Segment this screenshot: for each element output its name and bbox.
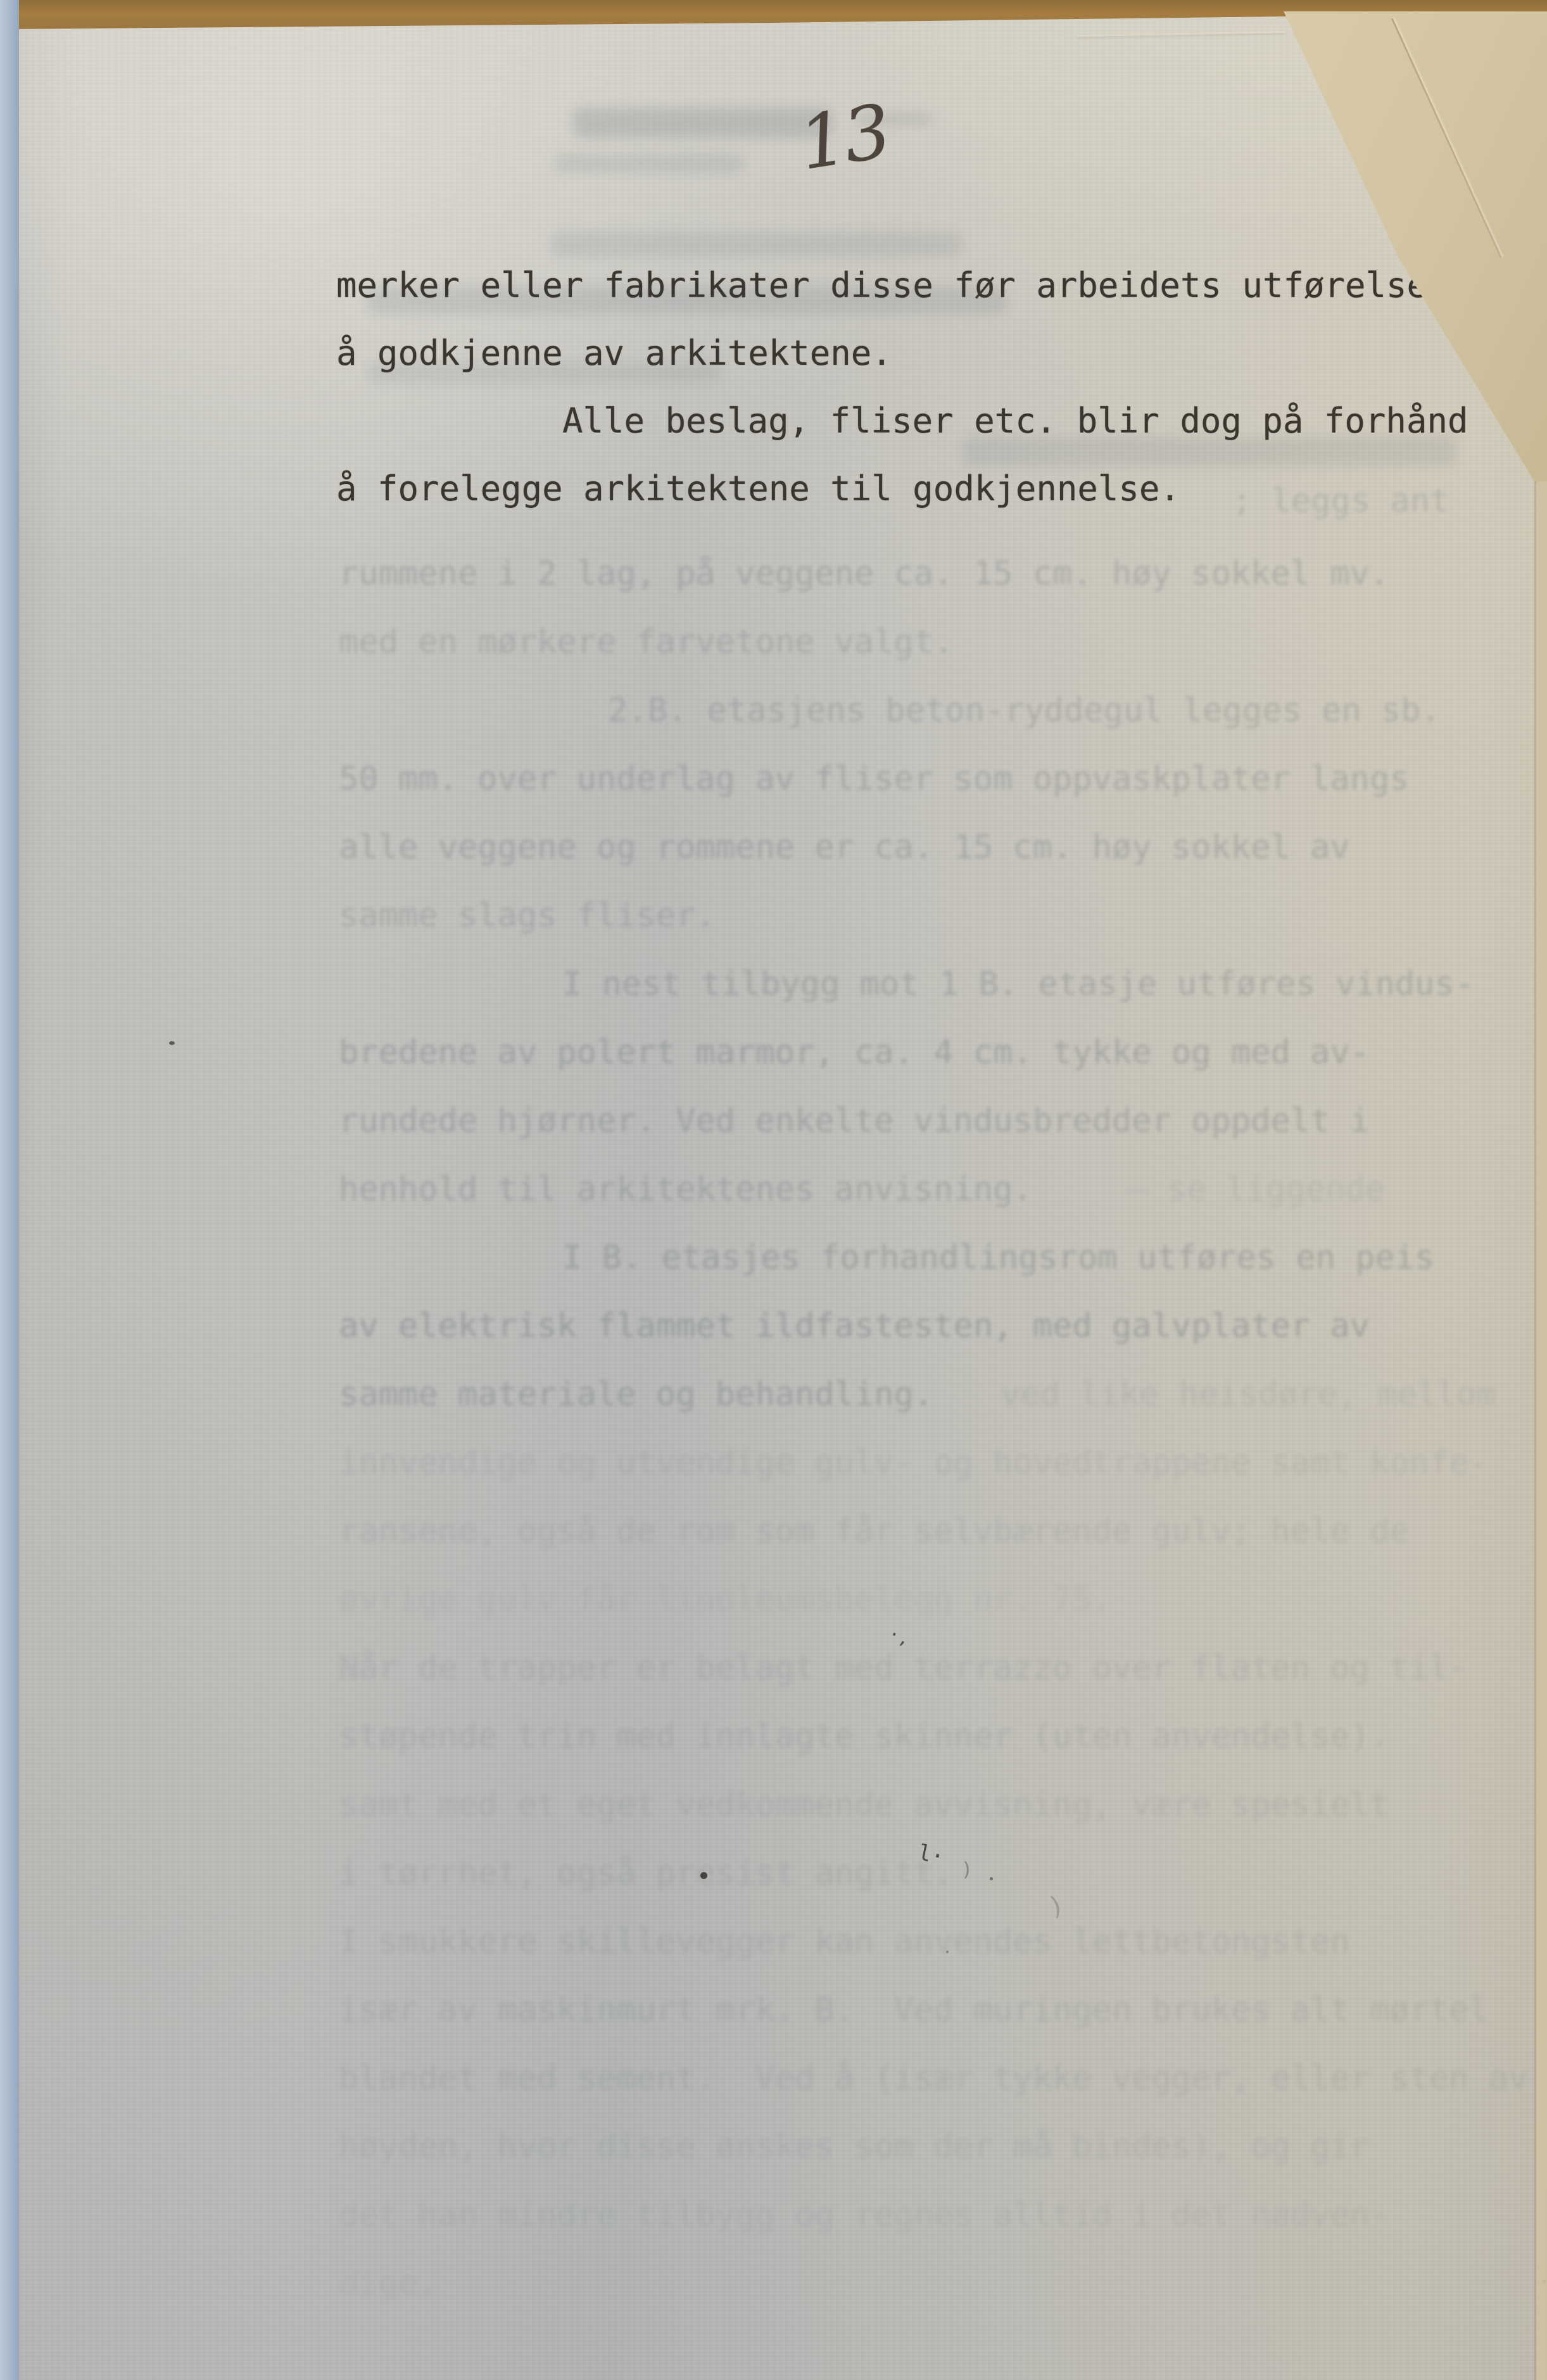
ink-smudge	[573, 108, 833, 138]
ink-speck: )	[961, 1861, 973, 1880]
ghost-text-line: I B. etasjes forhandlingsrom utføres en …	[562, 1241, 1435, 1274]
ink-smudge	[963, 437, 1456, 466]
ghost-text-line: især av maskinmurt mrk. B. Ved muringen …	[339, 1994, 1489, 2027]
ghost-text-line: Når de trapper er belagt med terrazzo ov…	[339, 1652, 1468, 1685]
ink-speck	[990, 1877, 993, 1880]
ink-smudge	[554, 154, 744, 173]
ghost-text-line: innvendige og utvendige gulv- og hovedtr…	[339, 1446, 1489, 1479]
handwritten-page-number: 13	[793, 89, 894, 187]
ghost-text-line: samme slags fliser.	[339, 899, 716, 932]
ghost-text-line: av elektrisk flammet ildfastesten, med g…	[339, 1310, 1370, 1343]
ghost-text-line: samt med et eget vedkommende avvisning, …	[339, 1788, 1389, 1821]
ghost-text-line: henhold til arkitektenes anvisning.	[339, 1173, 1033, 1206]
photo-background-edge	[0, 0, 19, 2380]
ghost-text-line: i tørrhet, også presist angitt.	[339, 1857, 954, 1890]
ghost-text-line: høyden, hvor disse ønskes som der må bin…	[339, 2130, 1370, 2163]
ghost-text-line: ; leggs ant	[1232, 484, 1449, 517]
ghost-text-line: det han mindre tilbygg og regnes alltid …	[339, 2199, 1389, 2232]
ghost-text-line: samme materiale og behandling.	[339, 1378, 933, 1411]
typed-text-line: å godkjenne av arkitektene.	[336, 336, 892, 370]
typed-text-line: merker eller fabrikater disse før arbeid…	[336, 269, 1427, 303]
ghost-text-line: 50 mm. over underlag av fliser som oppva…	[339, 763, 1410, 795]
scanned-document-photo: ; leggs antrummene i 2 lag, på veggene c…	[0, 0, 1547, 2380]
ink-speck: )	[1045, 1892, 1067, 1921]
ghost-text-line: alle veggene og rommene er ca. 15 cm. hø…	[339, 831, 1350, 864]
ghost-text-line: — se liggende	[1127, 1173, 1385, 1206]
paper-sheet: ; leggs antrummene i 2 lag, på veggene c…	[13, 0, 1547, 2380]
ghost-text-line: øvrige gulv får linoleumsbelegg nr. 75.	[339, 1583, 1112, 1616]
typed-text-line: å forelegge arkitektene til godkjennelse…	[336, 472, 1180, 506]
ghost-text-line: bredene av polert marmor, ca. 4 cm. tykk…	[339, 1036, 1370, 1069]
ghost-text-line: 2.B. etasjens beton-ryddegul legges en s…	[608, 694, 1441, 727]
ghost-text-line: rundede hjørner. Ved enkelte vindusbredd…	[339, 1105, 1370, 1137]
ink-speck	[169, 1041, 175, 1045]
ink-smudge	[551, 231, 963, 256]
ink-speck	[700, 1872, 707, 1879]
typed-text-line: Alle beslag, fliser etc. blir dog på for…	[562, 404, 1468, 438]
ink-speck	[946, 1951, 949, 1953]
ghost-text-line: støpende trin med innlagte skinner (uten…	[339, 1720, 1389, 1753]
ghost-text-line: ved like heisdøre, mellom	[1001, 1378, 1496, 1411]
right-edge-tan-sliver	[1534, 481, 1547, 2380]
ghost-text-line: ransene, også de rom som får selvbærende…	[339, 1515, 1410, 1548]
ghost-text-line: rummene i 2 lag, på veggene ca. 15 cm. h…	[339, 557, 1389, 590]
ghost-text-line: blandet med sement. Ved å (især tykke ve…	[339, 2062, 1528, 2095]
ghost-text-line: dige.	[339, 2267, 438, 2300]
ghost-text-line: I smukkere skillevegger kan anvendes let…	[339, 1925, 1350, 1958]
ink-speck: l·	[916, 1842, 946, 1868]
ghost-text-line: I nest tilbygg mot 1 B. etasje utføres v…	[562, 968, 1474, 1001]
ghost-text-line: med en mørkere farvetone valgt.	[339, 626, 954, 659]
ink-speck: ·,	[886, 1624, 912, 1649]
